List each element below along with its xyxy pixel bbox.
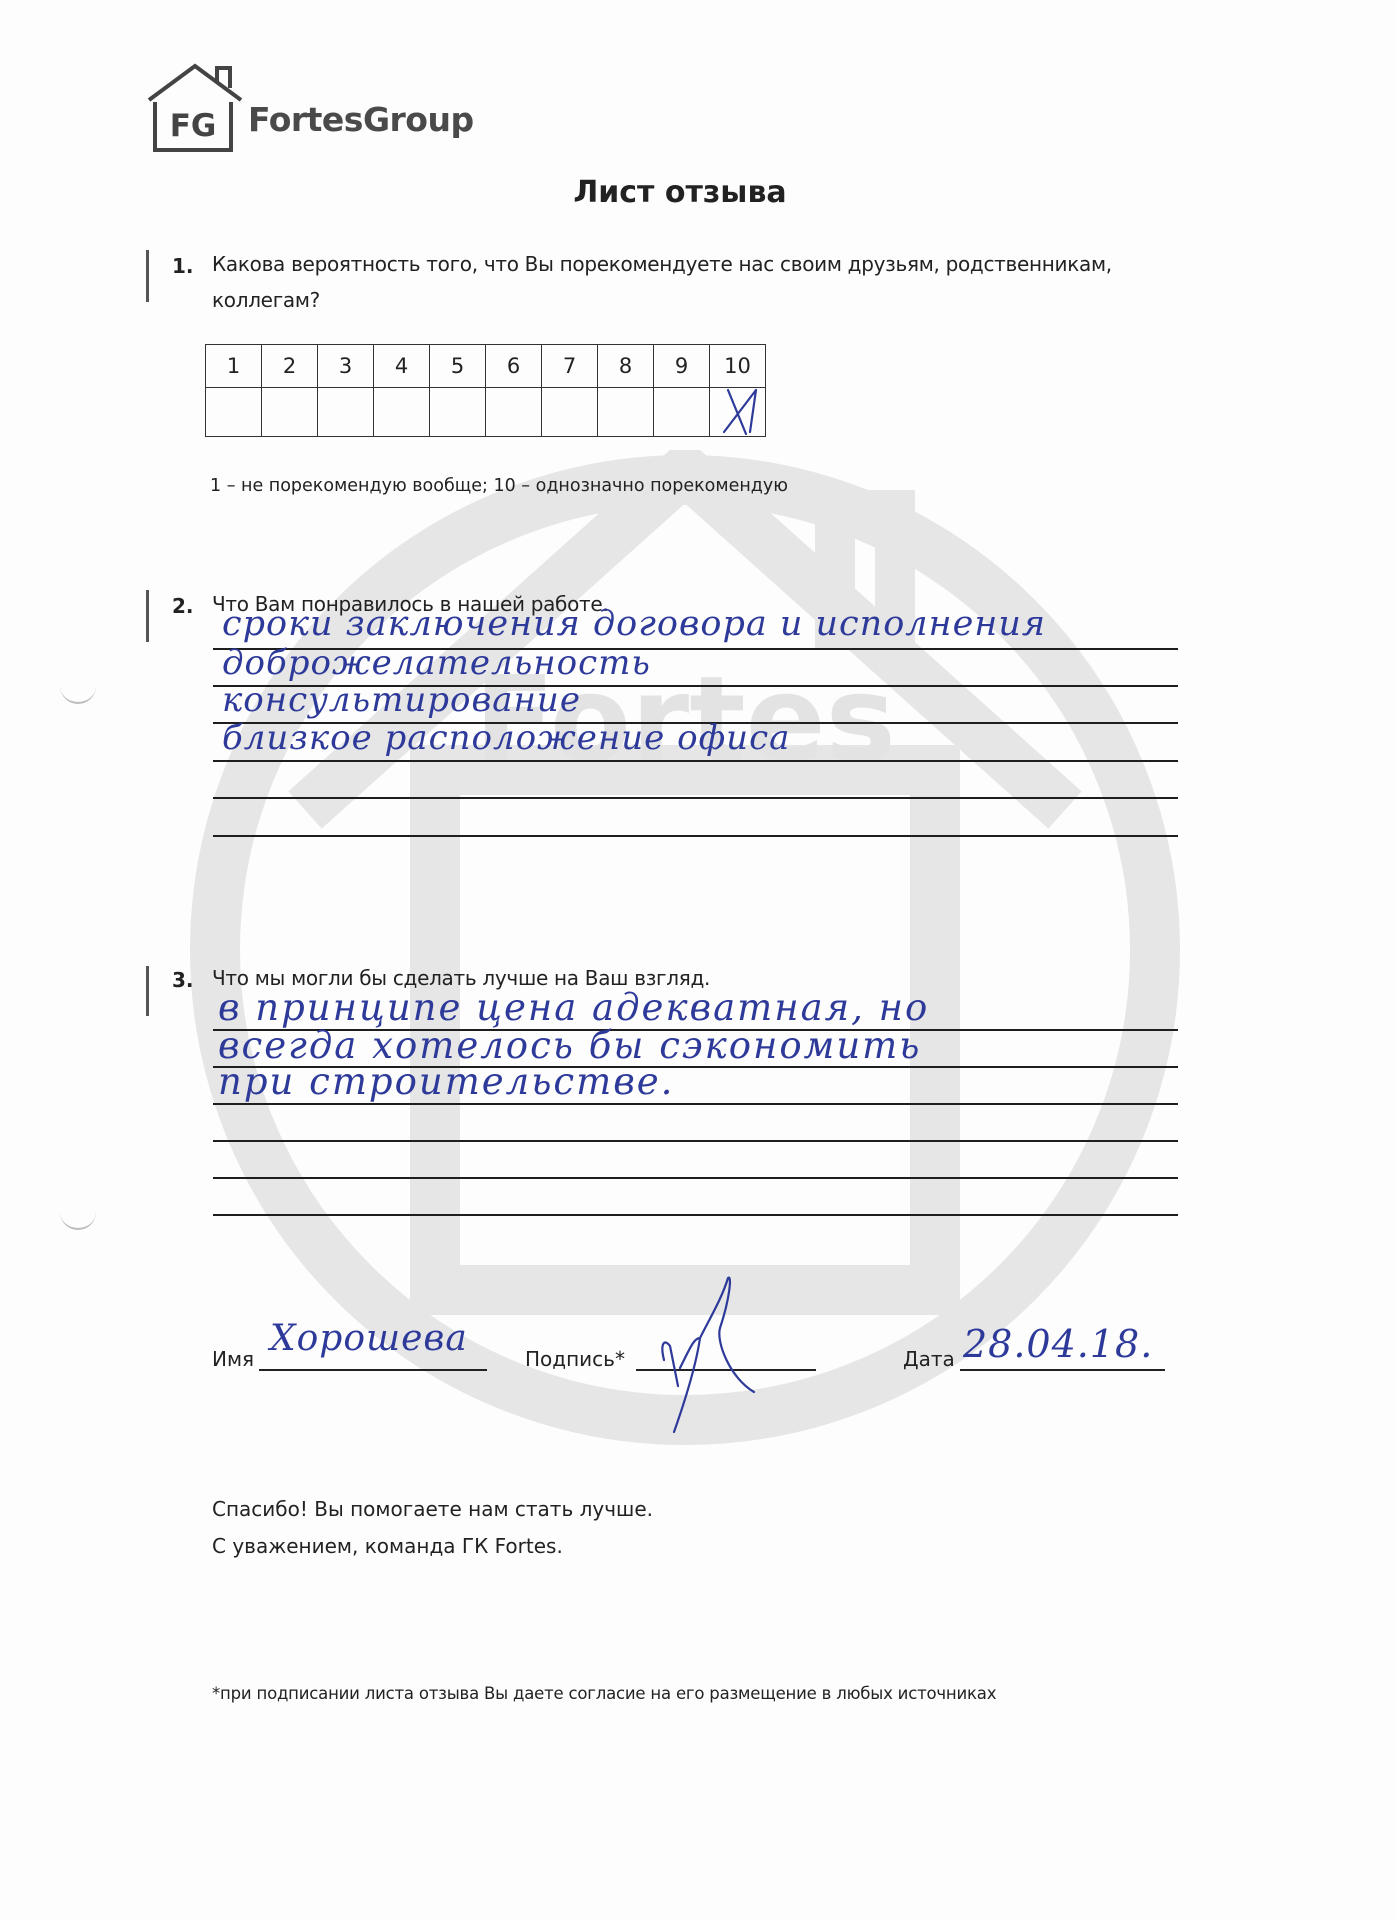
question-3-marker: [146, 966, 149, 1016]
question-2-marker: [146, 590, 149, 642]
answer-2-line-4: близкое расположение офиса: [222, 718, 790, 758]
answer-2-line-1: сроки заключения договора и исполнения: [222, 604, 1046, 644]
rating-option-8[interactable]: 8: [598, 345, 654, 388]
date-value: 28.04.18.: [963, 1322, 1153, 1366]
question-1-marker: [146, 250, 149, 302]
rating-option-5[interactable]: 5: [430, 345, 486, 388]
signature-label: Подпись*: [525, 1347, 625, 1371]
question-3-number: 3.: [172, 968, 194, 992]
rating-mark-row: [206, 388, 766, 437]
answer-line[interactable]: [213, 797, 1178, 799]
rating-option-9[interactable]: 9: [654, 345, 710, 388]
name-value: Хорошева: [270, 1318, 468, 1359]
rating-box-9[interactable]: [654, 388, 710, 437]
rating-box-3[interactable]: [318, 388, 374, 437]
regards-line: С уважением, команда ГК Fortes.: [212, 1534, 563, 1558]
answer-line[interactable]: [213, 1103, 1178, 1105]
date-field[interactable]: [960, 1369, 1165, 1371]
answer-line[interactable]: [213, 760, 1178, 762]
answer-line[interactable]: [213, 1177, 1178, 1179]
rating-option-2[interactable]: 2: [262, 345, 318, 388]
answer-line[interactable]: [213, 1214, 1178, 1216]
rating-box-7[interactable]: [542, 388, 598, 437]
name-label: Имя: [212, 1347, 254, 1371]
page-title: Лист отзыва: [0, 175, 1360, 210]
answer-3-line-3: при строительстве.: [218, 1060, 674, 1103]
consent-footnote: *при подписании листа отзыва Вы даете со…: [212, 1684, 996, 1703]
answer-2-line-3: консультирование: [222, 680, 581, 720]
svg-text:FG: FG: [170, 108, 217, 144]
rating-option-1[interactable]: 1: [206, 345, 262, 388]
rating-option-10[interactable]: 10: [710, 345, 766, 388]
rating-option-4[interactable]: 4: [374, 345, 430, 388]
rating-box-8[interactable]: [598, 388, 654, 437]
thanks-line: Спасибо! Вы помогаете нам стать лучше.: [212, 1497, 653, 1521]
answer-line[interactable]: [213, 1140, 1178, 1142]
date-label: Дата: [903, 1347, 955, 1371]
question-1-text: Какова вероятность того, что Вы порекоме…: [212, 246, 1112, 318]
rating-box-6[interactable]: [486, 388, 542, 437]
rating-scale-header: 1 2 3 4 5 6 7 8 9 10: [206, 345, 766, 388]
rating-box-1[interactable]: [206, 388, 262, 437]
rating-box-2[interactable]: [262, 388, 318, 437]
answer-2-line-2: доброжелательность: [222, 643, 651, 683]
rating-option-7[interactable]: 7: [542, 345, 598, 388]
scale-note: 1 – не порекомендую вообще; 10 – однозна…: [210, 476, 788, 496]
question-1-number: 1.: [172, 254, 194, 278]
question-2-number: 2.: [172, 594, 194, 618]
rating-option-3[interactable]: 3: [318, 345, 374, 388]
punch-hole-bottom: [60, 1212, 96, 1230]
handwritten-signature: [650, 1268, 760, 1438]
rating-box-10-selected[interactable]: [710, 388, 766, 437]
rating-box-4[interactable]: [374, 388, 430, 437]
x-mark-icon: [716, 384, 766, 436]
punch-hole-top: [60, 686, 96, 704]
rating-scale-table: 1 2 3 4 5 6 7 8 9 10: [205, 344, 766, 437]
rating-option-6[interactable]: 6: [486, 345, 542, 388]
brand-name: FortesGroup: [248, 100, 474, 139]
answer-3-line-1: в принципе цена адекватная, но: [218, 986, 929, 1029]
name-field[interactable]: [259, 1369, 487, 1371]
answer-line[interactable]: [213, 835, 1178, 837]
rating-box-5[interactable]: [430, 388, 486, 437]
